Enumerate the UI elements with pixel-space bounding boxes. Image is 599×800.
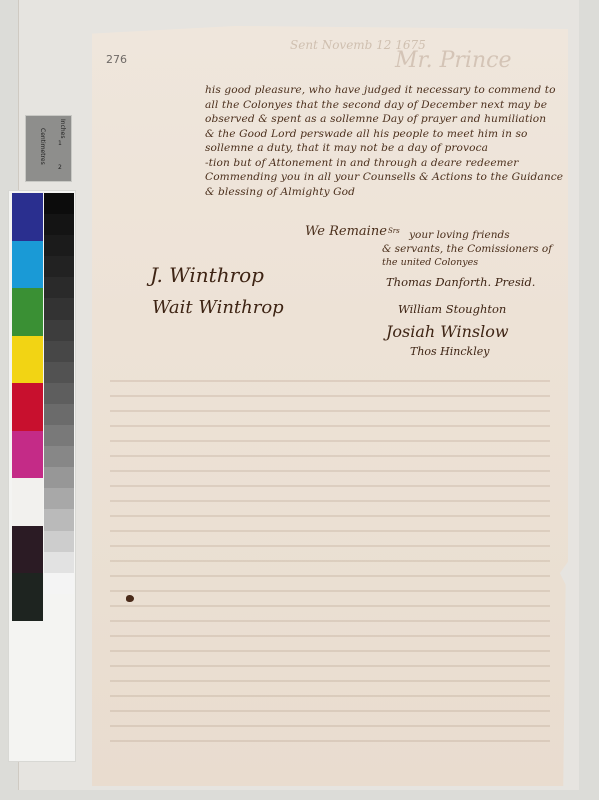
gray-step	[44, 488, 74, 509]
signature-thomas-danforth: Thomas Danforth. Presid.	[386, 275, 535, 289]
body-line: & the Good Lord perswade all his people …	[205, 127, 575, 142]
closing-abbrev: Srs	[388, 227, 400, 235]
body-line: all the Colonyes that the second day of …	[205, 98, 575, 113]
swatch-yellow	[12, 336, 43, 384]
swatch-magenta	[12, 431, 43, 479]
signature-wait-winthrop: Wait Winthrop	[152, 297, 284, 318]
gray-step	[44, 214, 74, 235]
swatch-green	[12, 288, 43, 336]
bleed-through-text	[110, 380, 550, 755]
gray-step	[44, 235, 74, 256]
swatch-black	[12, 573, 43, 621]
gray-step	[44, 509, 74, 530]
gray-step	[44, 383, 74, 404]
gray-step	[44, 256, 74, 277]
signature-william-stoughton: William Stoughton	[398, 302, 506, 316]
body-line: his good pleasure, who have judged it ne…	[205, 83, 575, 98]
scale-tick: 1	[58, 140, 62, 147]
scale-label-cm: Centimetres	[39, 128, 46, 165]
measurement-scale: Centimetres Inches 1 2	[25, 115, 72, 182]
closing-text: We Remaine	[305, 224, 387, 239]
page-number: 276	[106, 53, 127, 66]
body-line: & blessing of Almighty God	[205, 185, 575, 200]
swatch-blue	[12, 193, 43, 241]
gray-step	[44, 193, 74, 214]
gray-step	[44, 362, 74, 383]
closing-salutation: We Remaine	[305, 224, 387, 239]
gray-step	[44, 467, 74, 488]
closing-line: your loving friends	[403, 229, 510, 241]
body-line: observed & spent as a sollemne Day of pr…	[205, 112, 575, 127]
swatch-cyan	[12, 241, 43, 289]
body-line: -tion but of Attonement in and through a…	[205, 156, 575, 171]
closing-block: Srs your loving friends & servants, the …	[380, 224, 580, 270]
gray-step	[44, 446, 74, 467]
gray-step	[44, 573, 74, 594]
ink-blot	[126, 595, 134, 602]
signature-thos-hinckley: Thos Hinckley	[410, 345, 489, 358]
gray-step	[44, 404, 74, 425]
swatch-white	[12, 478, 43, 526]
closing-line: & servants, the Comissioners of	[380, 242, 580, 256]
color-swatches	[12, 193, 43, 621]
body-line: Commending you in all your Counsells & A…	[205, 170, 575, 185]
scale-tick: 2	[58, 164, 62, 171]
swatch-dark-brown	[12, 526, 43, 574]
bleed-through-address: Mr. Prince	[395, 48, 511, 73]
grayscale-steps	[44, 193, 74, 594]
gray-step	[44, 552, 74, 573]
letter-body: his good pleasure, who have judged it ne…	[205, 83, 575, 199]
signature-j-winthrop: J. Winthrop	[150, 263, 264, 287]
color-calibration-target	[8, 190, 76, 762]
body-line: sollemne a duty, that it may not be a da…	[205, 141, 575, 156]
signature-josiah-winslow: Josiah Winslow	[386, 322, 509, 341]
gray-step	[44, 341, 74, 362]
gray-step	[44, 277, 74, 298]
closing-line: the united Colonyes	[380, 256, 580, 270]
swatch-red	[12, 383, 43, 431]
scale-label-inches: Inches	[59, 119, 66, 139]
gray-step	[44, 425, 74, 446]
gray-step	[44, 320, 74, 341]
gray-step	[44, 298, 74, 319]
gray-step	[44, 531, 74, 552]
